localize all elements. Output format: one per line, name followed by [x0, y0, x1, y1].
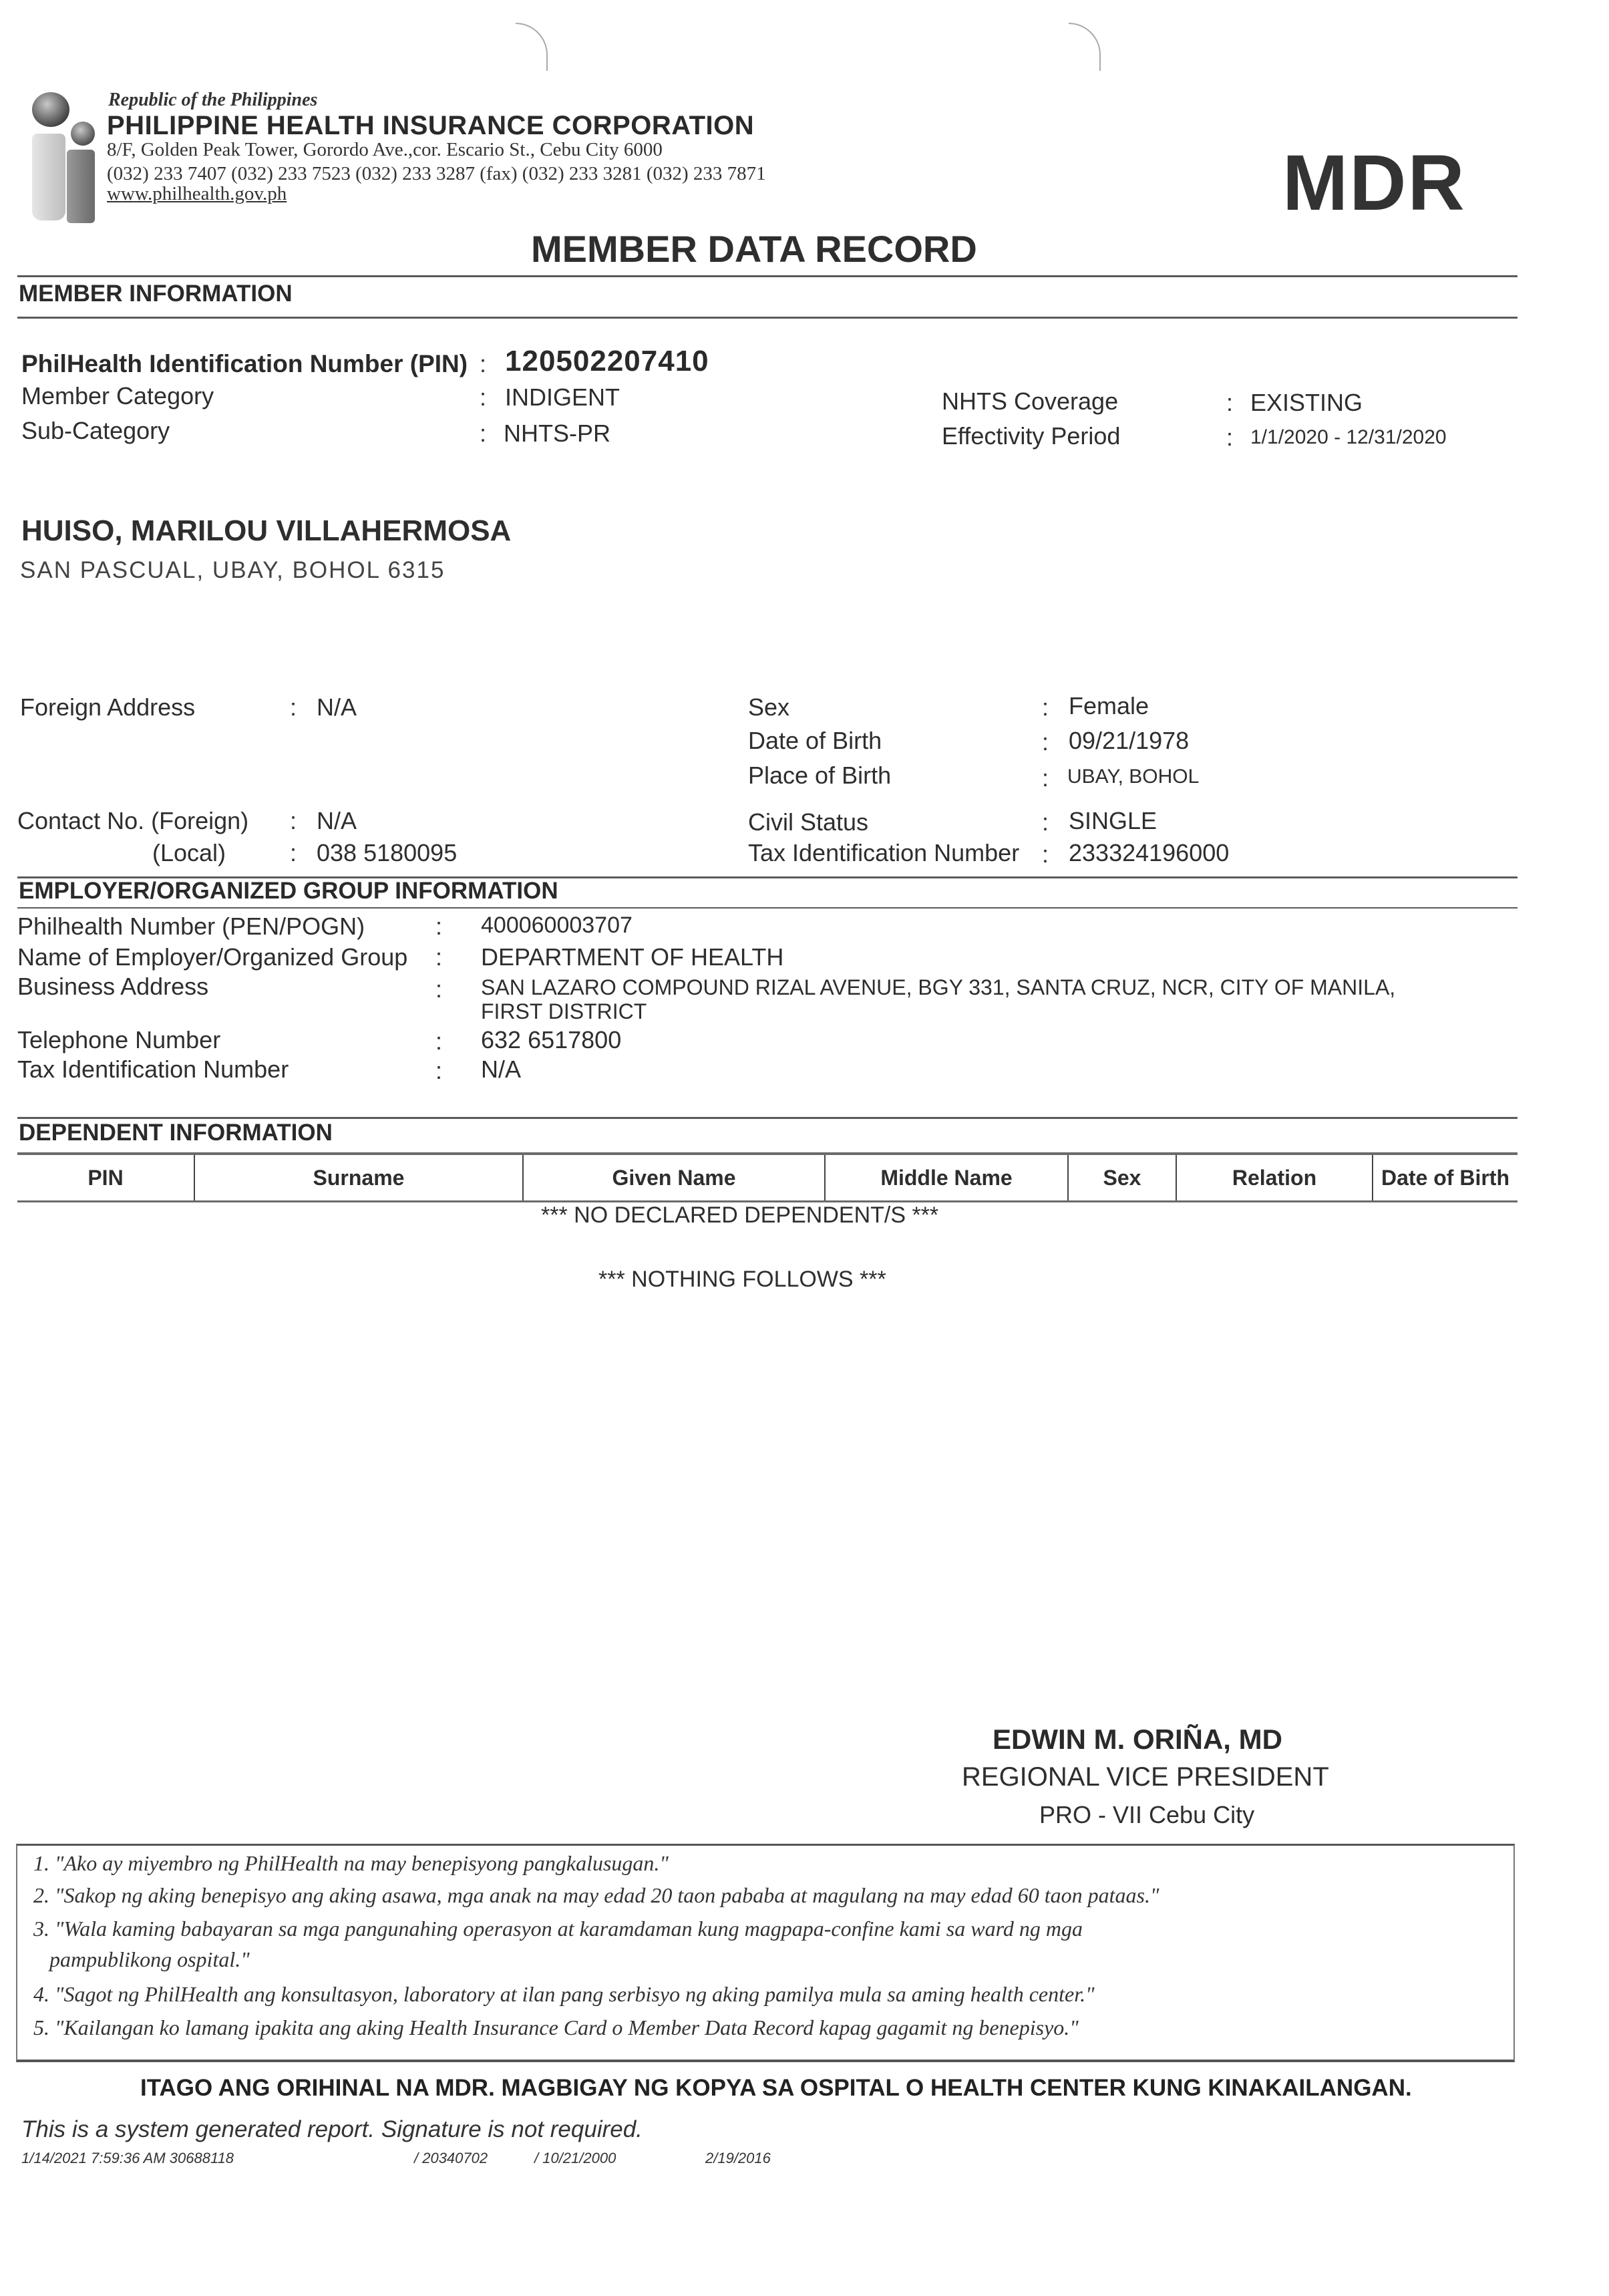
column-header-relation: Relation [1177, 1155, 1373, 1200]
section-title-employer: EMPLOYER/ORGANIZED GROUP INFORMATION [19, 878, 558, 905]
signatory-name: EDWIN M. ORIÑA, MD [993, 1724, 1282, 1756]
column-header-sex: Sex [1069, 1155, 1177, 1200]
civil-status-label: Civil Status [748, 808, 868, 836]
disclaimer-item: 5. "Kailangan ko lamang ipakita ang akin… [33, 2015, 1079, 2040]
contact-foreign-value: N/A [317, 807, 357, 835]
pob-value: UBAY, BOHOL [1067, 766, 1199, 788]
no-dependents-message: *** NO DECLARED DEPENDENT/S *** [541, 1202, 938, 1228]
business-address-label: Business Address [17, 973, 208, 1001]
dob-value: 09/21/1978 [1069, 727, 1189, 755]
philhealth-logo-icon [27, 87, 100, 220]
colon: : [290, 807, 297, 835]
colon: : [435, 943, 442, 971]
employer-name-label: Name of Employer/Organized Group [17, 943, 407, 971]
civil-status-value: SINGLE [1069, 807, 1157, 835]
system-generated-note: This is a system generated report. Signa… [21, 2116, 643, 2143]
sex-value: Female [1069, 692, 1149, 720]
contact-foreign-label: Contact No. (Foreign) [17, 807, 248, 835]
column-header-middle-name: Middle Name [826, 1155, 1069, 1200]
colon: : [435, 1027, 442, 1055]
pen-label: Philhealth Number (PEN/POGN) [17, 913, 365, 941]
office-phones: (032) 233 7407 (032) 233 7523 (032) 233 … [107, 163, 766, 185]
signatory-office: PRO - VII Cebu City [1039, 1801, 1254, 1829]
nothing-follows-message: *** NOTHING FOLLOWS *** [598, 1267, 886, 1293]
divider [17, 275, 1517, 277]
foreign-address-value: N/A [317, 693, 357, 721]
colon: : [435, 913, 442, 941]
signatory-title: REGIONAL VICE PRESIDENT [962, 1762, 1329, 1792]
pen-value: 400060003707 [481, 913, 633, 939]
colon: : [290, 693, 297, 721]
colon: : [435, 975, 442, 1003]
column-header-surname: Surname [195, 1155, 524, 1200]
pob-label: Place of Birth [748, 762, 891, 790]
nhts-coverage-value: EXISTING [1250, 389, 1363, 417]
member-address: SAN PASCUAL, UBAY, BOHOL 6315 [20, 557, 445, 584]
telephone-value: 632 6517800 [481, 1026, 621, 1054]
reference-number: / 20340702 [414, 2150, 488, 2167]
page-title: MEMBER DATA RECORD [531, 227, 977, 271]
dependents-table-header: PIN Surname Given Name Middle Name Sex R… [17, 1152, 1517, 1202]
sex-label: Sex [748, 693, 789, 721]
contact-local-label: (Local) [152, 839, 226, 867]
sub-category-value: NHTS-PR [504, 420, 610, 448]
colon: : [480, 420, 486, 448]
mdr-badge: MDR [1282, 138, 1466, 228]
pin-value: 120502207410 [505, 345, 709, 378]
colon: : [1042, 808, 1049, 836]
business-address-line1: SAN LAZARO COMPOUND RIZAL AVENUE, BGY 33… [481, 975, 1395, 1000]
section-title-member: MEMBER INFORMATION [19, 281, 293, 307]
colon: : [1226, 389, 1233, 417]
footer-notice: ITAGO ANG ORIHINAL NA MDR. MAGBIGAY NG K… [140, 2075, 1412, 2102]
colon: : [290, 839, 297, 867]
colon: : [1042, 693, 1049, 721]
disclaimer-box: 1. "Ako ay miyembro ng PhilHealth na may… [16, 1844, 1515, 2062]
disclaimer-item: 3. "Wala kaming babayaran sa mga panguna… [33, 1917, 1083, 1941]
disclaimer-item-continuation: pampublikong ospital." [49, 1947, 250, 1972]
employer-tin-label: Tax Identification Number [17, 1055, 289, 1084]
reference-date: / 10/21/2000 [534, 2150, 616, 2167]
republic-label: Republic of the Philippines [108, 90, 317, 111]
website-link[interactable]: www.philhealth.gov.ph [107, 183, 287, 205]
office-address: 8/F, Golden Peak Tower, Gorordo Ave.,cor… [107, 139, 663, 161]
divider [17, 317, 1517, 319]
punch-hole-mark [516, 23, 548, 71]
effectivity-period-value: 1/1/2020 - 12/31/2020 [1250, 426, 1447, 449]
telephone-label: Telephone Number [17, 1026, 220, 1054]
divider [17, 907, 1517, 909]
member-name: HUISO, MARILOU VILLAHERMOSA [21, 514, 511, 548]
colon: : [480, 350, 486, 378]
colon: : [1042, 840, 1049, 868]
corporation-name: PHILIPPINE HEALTH INSURANCE CORPORATION [107, 111, 754, 141]
disclaimer-item: 2. "Sakop ng aking benepisyo ang aking a… [33, 1883, 1159, 1908]
column-header-date-of-birth: Date of Birth [1373, 1155, 1517, 1200]
effectivity-period-label: Effectivity Period [942, 422, 1120, 450]
colon: : [1042, 764, 1049, 792]
column-header-given-name: Given Name [524, 1155, 826, 1200]
nhts-coverage-label: NHTS Coverage [942, 387, 1118, 416]
member-category-label: Member Category [21, 382, 214, 410]
contact-local-value: 038 5180095 [317, 839, 457, 867]
disclaimer-item: 1. "Ako ay miyembro ng PhilHealth na may… [33, 1851, 669, 1876]
colon: : [1042, 728, 1049, 756]
dob-label: Date of Birth [748, 727, 882, 755]
business-address-line2: FIRST DISTRICT [481, 999, 647, 1024]
column-header-pin: PIN [17, 1155, 195, 1200]
pin-label: PhilHealth Identification Number (PIN) [21, 350, 468, 378]
reference-date-2: 2/19/2016 [705, 2150, 771, 2167]
divider [17, 1117, 1517, 1119]
generated-timestamp: 1/14/2021 7:59:36 AM 30688118 [21, 2150, 234, 2167]
employer-tin-value: N/A [481, 1055, 521, 1084]
sub-category-label: Sub-Category [21, 417, 170, 445]
member-category-value: INDIGENT [505, 383, 620, 412]
section-title-dependents: DEPENDENT INFORMATION [19, 1120, 333, 1146]
tin-label: Tax Identification Number [748, 839, 1019, 867]
colon: : [480, 383, 486, 412]
foreign-address-label: Foreign Address [20, 693, 195, 721]
punch-hole-mark [1069, 23, 1101, 71]
employer-name-value: DEPARTMENT OF HEALTH [481, 943, 783, 971]
tin-value: 233324196000 [1069, 839, 1229, 867]
colon: : [435, 1057, 442, 1085]
disclaimer-item: 4. "Sagot ng PhilHealth ang konsultasyon… [33, 1982, 1095, 2007]
colon: : [1226, 424, 1233, 452]
